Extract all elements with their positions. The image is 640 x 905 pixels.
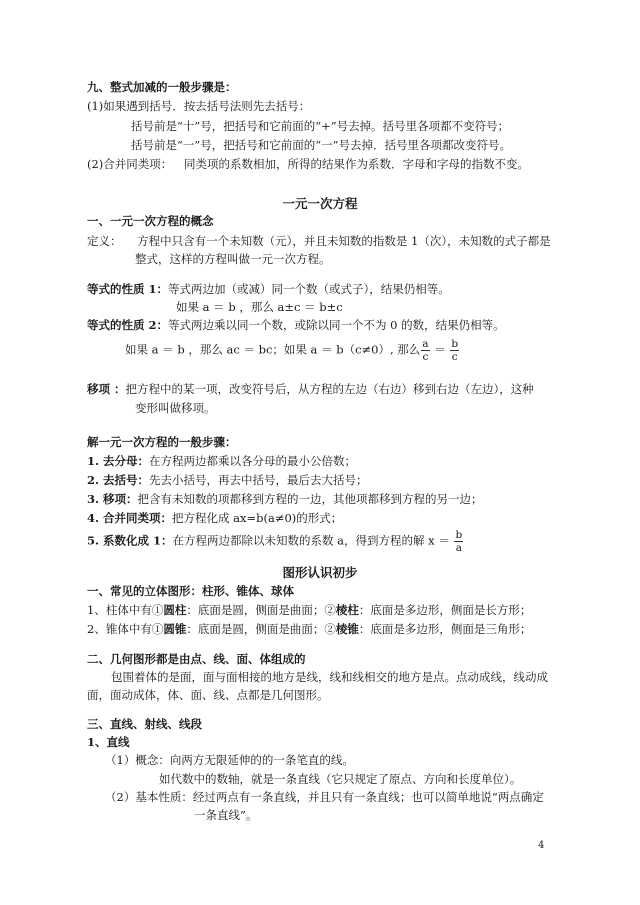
step-text: 在方程两边都乘以各分母的最小公倍数；: [149, 454, 356, 468]
cone-term: 圆锥: [163, 622, 186, 636]
linear-equation-title: 一元一次方程: [0, 196, 640, 212]
lines-heading: 三、直线、射线、线段: [87, 716, 202, 732]
property2-example-prefix: 如果 a ＝ b ，那么 ac ＝ bc；如果 a ＝ b（c≠0）, 那么: [125, 343, 420, 357]
concept-heading: 一、一元一次方程的概念: [87, 213, 214, 229]
transpose-label: 移项 ：: [87, 382, 126, 396]
step-text: 把含有未知数的项都移到方程的一边，其他项都移到方程的另一边；: [138, 492, 483, 506]
property1-row: 等式的性质 1：等式两边加（或减）同一个数（或式子），结果仍相等。: [87, 281, 450, 297]
solids-heading: 一、常见的立体图形：柱形、锥体、球体: [87, 583, 294, 599]
definition-line1: 方程中只含有一个未知数（元），并且未知数的指数是 1（次），未知数的式子都是: [137, 234, 550, 248]
section9-heading: 九、整式加减的一般步骤是：: [87, 79, 237, 95]
step-label: 2. 去括号：: [87, 473, 149, 487]
line-property1: （2）基本性质：经过两点有一条直线，并且只有一条直线；也可以简单地说“两点确定: [105, 789, 544, 805]
step-label: 5. 系数化成 1：: [87, 534, 173, 548]
definition-label: 定义：: [87, 234, 122, 248]
step-item-5: 5. 系数化成 1：在方程两边都除以未知数的系数 a，得到方程的解 x ＝ ba: [87, 529, 464, 554]
definition-row: 定义： 方程中只含有一个未知数（元），并且未知数的指数是 1（次），未知数的式子…: [87, 233, 551, 249]
step-text: 把方程化成 ax=b(a≠0)的形式；: [172, 511, 342, 525]
pyramid-desc: ：底面是多边形，侧面是三角形；: [359, 622, 532, 636]
fraction-b-over-a: ba: [454, 529, 463, 554]
prism-term: 棱柱: [336, 603, 359, 617]
steps-heading: 解一元一次方程的一般步骤：: [87, 434, 237, 450]
frac-den: a: [454, 542, 463, 554]
frac-num: b: [450, 338, 459, 351]
composition-line1: 包围着体的是面，面与面相接的地方是线，线和线相交的地方是点。点动成线，线动成: [111, 669, 548, 685]
geometry-title: 图形认识初步: [0, 565, 640, 581]
fraction-b-over-c: bc: [450, 338, 459, 363]
step-label: 1. 去分母：: [87, 454, 149, 468]
property2-example: 如果 a ＝ b ，那么 ac ＝ bc；如果 a ＝ b（c≠0）, 那么ac…: [125, 338, 460, 363]
step-text: 先去小括号，再去中括号，最后去大括号；: [149, 473, 368, 487]
definition-line2: 整式，这样的方程叫做一元一次方程。: [135, 251, 331, 267]
property1-label: 等式的性质 1：: [87, 282, 168, 296]
section9-step2: (2)合并同类项： 同类项的系数相加，所得的结果作为系数．字母和字母的指数不变。: [87, 156, 529, 172]
cone-line: 2、锥体中有①圆锥：底面是圆，侧面是曲面；②棱锥：底面是多边形，侧面是三角形；: [87, 621, 531, 637]
step-item-4: 4. 合并同类项：把方程化成 ax=b(a≠0)的形式；: [87, 510, 342, 526]
transpose-row: 移项 ：把方程中的某一项，改变符号后，从方程的左边（右边）移到右边（左边），这种: [87, 381, 534, 397]
prism-line: 1、柱体中有①圆柱：底面是圆，侧面是曲面；②棱柱：底面是多边形，侧面是长方形；: [87, 602, 531, 618]
property2-label: 等式的性质 2：: [87, 318, 168, 332]
pyramid-term: 棱锥: [336, 622, 359, 636]
property2-text: 等式两边乘以同一个数，或除以同一个不为 0 的数，结果仍相等。: [168, 318, 505, 332]
cylinder-term: 圆柱: [163, 603, 186, 617]
transpose-line1: 把方程中的某一项，改变符号后，从方程的左边（右边）移到右边（左边），这种: [126, 382, 534, 396]
composition-line2: 面，面动成体，体、面、线、点都是几何图形。: [87, 687, 329, 703]
property1-example: 如果 a ＝ b ，那么 a±c ＝ b±c: [176, 299, 343, 315]
line-subheading: 1、直线: [87, 734, 130, 750]
step2-label: (2)合并同类项：: [87, 157, 172, 171]
composition-heading: 二、几何图形都是由点、线、面、体组成的: [87, 651, 306, 667]
step2-text: 同类项的系数相加，所得的结果作为系数．字母和字母的指数不变。: [184, 157, 529, 171]
prism-desc: ：底面是多边形，侧面是长方形；: [359, 603, 532, 617]
frac-den: c: [450, 351, 459, 363]
step-item-1: 1. 去分母：在方程两边都乘以各分母的最小公倍数；: [87, 453, 356, 469]
step-label: 3. 移项：: [87, 492, 138, 506]
section9-rule-minus: 括号前是“一”号，把括号和它前面的“一”号去掉．括号里各项都改变符号。: [131, 137, 511, 153]
step-item-2: 2. 去括号：先去小括号，再去中括号，最后去大括号；: [87, 472, 368, 488]
property2-row: 等式的性质 2：等式两边乘以同一个数，或除以同一个不为 0 的数，结果仍相等。: [87, 317, 505, 333]
step-item-3: 3. 移项：把含有未知数的项都移到方程的一边，其他项都移到方程的另一边；: [87, 491, 483, 507]
cylinder-desc: ：底面是圆，侧面是曲面；②: [186, 603, 336, 617]
line-example: 如代数中的数轴，就是一条直线（它只规定了原点、方向和长度单位）。: [159, 771, 521, 787]
line-property2: 一条直线”。: [194, 807, 257, 823]
frac-num: b: [454, 529, 463, 542]
fraction-a-over-c: ac: [421, 338, 429, 363]
frac-num: a: [421, 338, 429, 351]
property1-text: 等式两边加（或减）同一个数（或式子），结果仍相等。: [168, 282, 450, 296]
prism-prefix: 1、柱体中有①: [87, 603, 163, 617]
transpose-line2: 变形叫做移项。: [135, 400, 216, 416]
step-text: 在方程两边都除以未知数的系数 a，得到方程的解 x ＝: [173, 534, 450, 548]
equals: ＝: [434, 343, 446, 357]
step-label: 4. 合并同类项：: [87, 511, 172, 525]
section9-rule-plus: 括号前是“十”号，把括号和它前面的“+”号去掉。括号里各项都不变符号；: [131, 118, 509, 134]
page-number: 4: [538, 838, 544, 854]
cone-desc: ：底面是圆，侧面是曲面；②: [186, 622, 336, 636]
frac-den: c: [421, 351, 429, 363]
line-concept: （1）概念：向两方无限延伸的的一条笔直的线。: [105, 752, 354, 768]
cone-prefix: 2、锥体中有①: [87, 622, 163, 636]
section9-step1: (1)如果遇到括号．按去括号法则先去括号：: [87, 98, 310, 114]
